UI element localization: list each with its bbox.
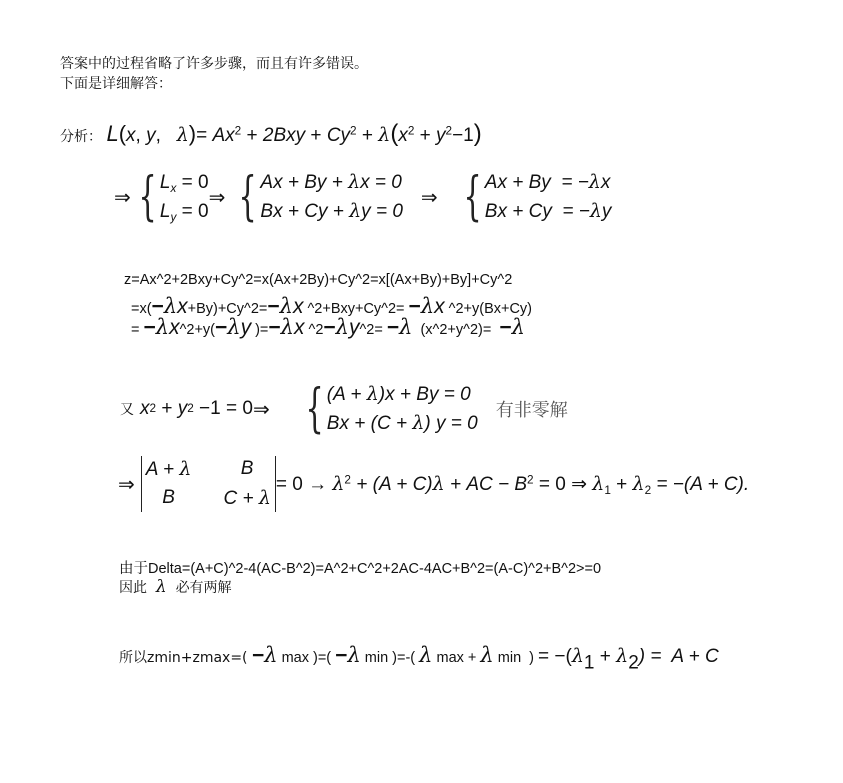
first-order-conditions: ⇒ { Lx = 0 Ly = 0 ⇒ { Ax + By + λx = 0 B… bbox=[114, 168, 611, 226]
implies-arrow: ⇒ bbox=[253, 397, 270, 422]
analysis-label: 分析： bbox=[60, 129, 102, 145]
determinant-equation: ⇒ A + λ B B C + λ = 0 → λ2 + (A + C)λ + … bbox=[118, 456, 749, 512]
implies-arrow: ⇒ bbox=[421, 185, 438, 210]
homogeneous-system: { (A + λ)x + By = 0 Bx + (C + λ) y = 0 bbox=[298, 380, 478, 438]
two-solutions-line: 因此 λ 必有两解 bbox=[119, 577, 232, 597]
system-lx-ly: { Lx = 0 Ly = 0 bbox=[131, 168, 209, 226]
implies-arrow: ⇒ bbox=[209, 185, 226, 210]
intro-line-1: 答案中的过程省略了许多步骤，而且有许多错误。 bbox=[60, 53, 368, 73]
nonzero-solution-note: 有非零解 bbox=[496, 396, 568, 422]
derivation-line-1: z=Ax^2+2Bxy+Cy^2=x(Ax+2By)+Cy^2=x[(Ax+By… bbox=[124, 272, 512, 288]
implies-arrow: ⇒ bbox=[118, 472, 135, 497]
left-brace: { bbox=[138, 171, 156, 223]
implies-arrow: ⇒ bbox=[114, 185, 131, 210]
determinant-matrix: A + λ B B C + λ bbox=[141, 456, 276, 512]
left-brace: { bbox=[463, 171, 481, 223]
discriminant-line: 由于Delta=(A+C)^2-4(AC-B^2)=A^2+C^2+2AC-4A… bbox=[119, 557, 601, 578]
constraint-system: 又 x2 + y2 −1 = 0 ⇒ { (A + λ)x + By = 0 B… bbox=[120, 380, 568, 438]
derivation-line-3: = −λx^2+y(−λy )=−λx ^2−λy^2= −λ (x^2+y^2… bbox=[131, 315, 525, 340]
intro-line-2: 下面是详细解答： bbox=[60, 73, 172, 93]
left-brace: { bbox=[305, 383, 323, 435]
conclusion-line: 所以zmin+zmax=( −λ max )=( −λ min )=-( λ m… bbox=[119, 643, 719, 668]
lagrangian-equation: 分析： L(x, y, λ)= Ax2 + 2Bxy + Cy2 + λ(x2 … bbox=[60, 120, 482, 148]
left-brace: { bbox=[239, 171, 257, 223]
system-partial-derivatives: { Ax + By + λx = 0 Bx + Cy + λy = 0 bbox=[231, 168, 403, 226]
system-rearranged: { Ax + By = −λx Bx + Cy = −λy bbox=[456, 168, 612, 226]
lambda-symbol: λ bbox=[177, 124, 189, 146]
